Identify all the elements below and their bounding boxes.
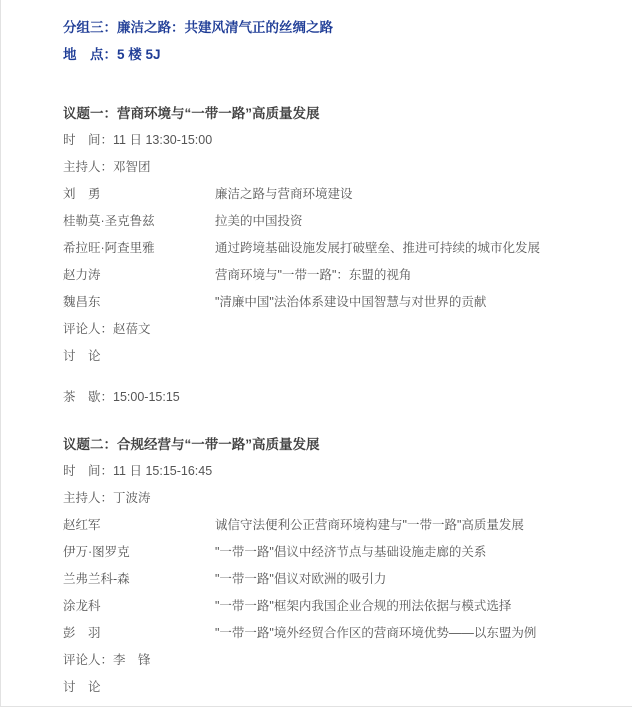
talk-topic: 廉洁之路与营商环境建设 <box>215 181 592 208</box>
host-label: 主持人： <box>63 485 113 512</box>
speaker-name: 赵力涛 <box>63 262 215 289</box>
discussion-label: 讨 论 <box>63 674 101 701</box>
discussion-label: 讨 论 <box>63 343 101 370</box>
time-value: 11 日 13:30-15:00 <box>113 127 212 154</box>
speaker-name: 希拉旺·阿查里雅 <box>63 235 215 262</box>
time-label: 时 间： <box>63 127 113 154</box>
session1-commentator-row: 评论人：赵蓓文 <box>63 316 592 343</box>
location-line: 地 点：5 楼 5J <box>63 41 592 68</box>
tea-break-label: 茶 歇： <box>63 384 113 411</box>
talk-topic: "一带一路"境外经贸合作区的营商环境优势——以东盟为例 <box>215 620 592 647</box>
session1-discussion-row: 讨 论 <box>63 343 592 370</box>
speaker-name: 伊万·图罗克 <box>63 539 215 566</box>
commentator-label: 评论人： <box>63 316 113 343</box>
commentator-value: 赵蓓文 <box>113 316 151 343</box>
time-value: 11 日 15:15-16:45 <box>113 458 212 485</box>
talk-row: 彭 羽 "一带一路"境外经贸合作区的营商环境优势——以东盟为例 <box>63 620 592 647</box>
speaker-name: 刘 勇 <box>63 181 215 208</box>
talk-topic: 拉美的中国投资 <box>215 208 592 235</box>
talk-row: 伊万·图罗克 "一带一路"倡议中经济节点与基础设施走廊的关系 <box>63 539 592 566</box>
commentator-label: 评论人： <box>63 647 113 674</box>
speaker-name: 魏昌东 <box>63 289 215 316</box>
spacer <box>63 411 592 431</box>
talk-topic: "一带一路"框架内我国企业合规的刑法依据与模式选择 <box>215 593 592 620</box>
talk-topic: 营商环境与"一带一路"：东盟的视角 <box>215 262 592 289</box>
session2-discussion-row: 讨 论 <box>63 674 592 701</box>
speaker-name: 彭 羽 <box>63 620 215 647</box>
session2-commentator-row: 评论人：李 锋 <box>63 647 592 674</box>
location-value: 5 楼 5J <box>117 47 161 62</box>
speaker-name: 赵红军 <box>63 512 215 539</box>
time-label: 时 间： <box>63 458 113 485</box>
talk-row: 兰弗兰科-森 "一带一路"倡议对欧洲的吸引力 <box>63 566 592 593</box>
session1-time-row: 时 间：11 日 13:30-15:00 <box>63 127 592 154</box>
session2-time-row: 时 间：11 日 15:15-16:45 <box>63 458 592 485</box>
session1-host-row: 主持人：邓智团 <box>63 154 592 181</box>
talk-topic: "一带一路"倡议中经济节点与基础设施走廊的关系 <box>215 539 592 566</box>
spacer <box>63 370 592 384</box>
host-label: 主持人： <box>63 154 113 181</box>
speaker-name: 兰弗兰科-森 <box>63 566 215 593</box>
session1-title: 议题一：营商环境与“一带一路”高质量发展 <box>63 100 592 127</box>
session2-title: 议题二：合规经营与“一带一路”高质量发展 <box>63 431 592 458</box>
talk-row: 赵力涛 营商环境与"一带一路"：东盟的视角 <box>63 262 592 289</box>
talk-row: 刘 勇 廉洁之路与营商环境建设 <box>63 181 592 208</box>
host-value: 邓智团 <box>113 154 151 181</box>
agenda-content: 分组三：廉洁之路：共建风清气正的丝绸之路 地 点：5 楼 5J 议题一：营商环境… <box>1 0 632 701</box>
talk-row: 赵红军 诚信守法便利公正营商环境构建与"一带一路"高质量发展 <box>63 512 592 539</box>
speaker-name: 桂勒莫·圣克鲁兹 <box>63 208 215 235</box>
commentator-value: 李 锋 <box>113 647 151 674</box>
spacer <box>63 68 592 100</box>
talk-row: 希拉旺·阿查里雅 通过跨境基础设施发展打破壁垒、推进可持续的城市化发展 <box>63 235 592 262</box>
agenda-page: 分组三：廉洁之路：共建风清气正的丝绸之路 地 点：5 楼 5J 议题一：营商环境… <box>0 0 632 707</box>
location-label: 地 点： <box>63 47 117 62</box>
talk-topic: 通过跨境基础设施发展打破壁垒、推进可持续的城市化发展 <box>215 235 592 262</box>
session2-host-row: 主持人：丁波涛 <box>63 485 592 512</box>
talk-row: 魏昌东 "清廉中国"法治体系建设中国智慧与对世界的贡献 <box>63 289 592 316</box>
group-title: 分组三：廉洁之路：共建风清气正的丝绸之路 <box>63 14 592 41</box>
talk-topic: "清廉中国"法治体系建设中国智慧与对世界的贡献 <box>215 289 592 316</box>
talk-topic: "一带一路"倡议对欧洲的吸引力 <box>215 566 592 593</box>
talk-row: 桂勒莫·圣克鲁兹 拉美的中国投资 <box>63 208 592 235</box>
talk-row: 涂龙科 "一带一路"框架内我国企业合规的刑法依据与模式选择 <box>63 593 592 620</box>
speaker-name: 涂龙科 <box>63 593 215 620</box>
talk-topic: 诚信守法便利公正营商环境构建与"一带一路"高质量发展 <box>215 512 592 539</box>
tea-break-time: 15:00-15:15 <box>113 384 180 411</box>
tea-break-row: 茶 歇：15:00-15:15 <box>63 384 592 411</box>
host-value: 丁波涛 <box>113 485 151 512</box>
